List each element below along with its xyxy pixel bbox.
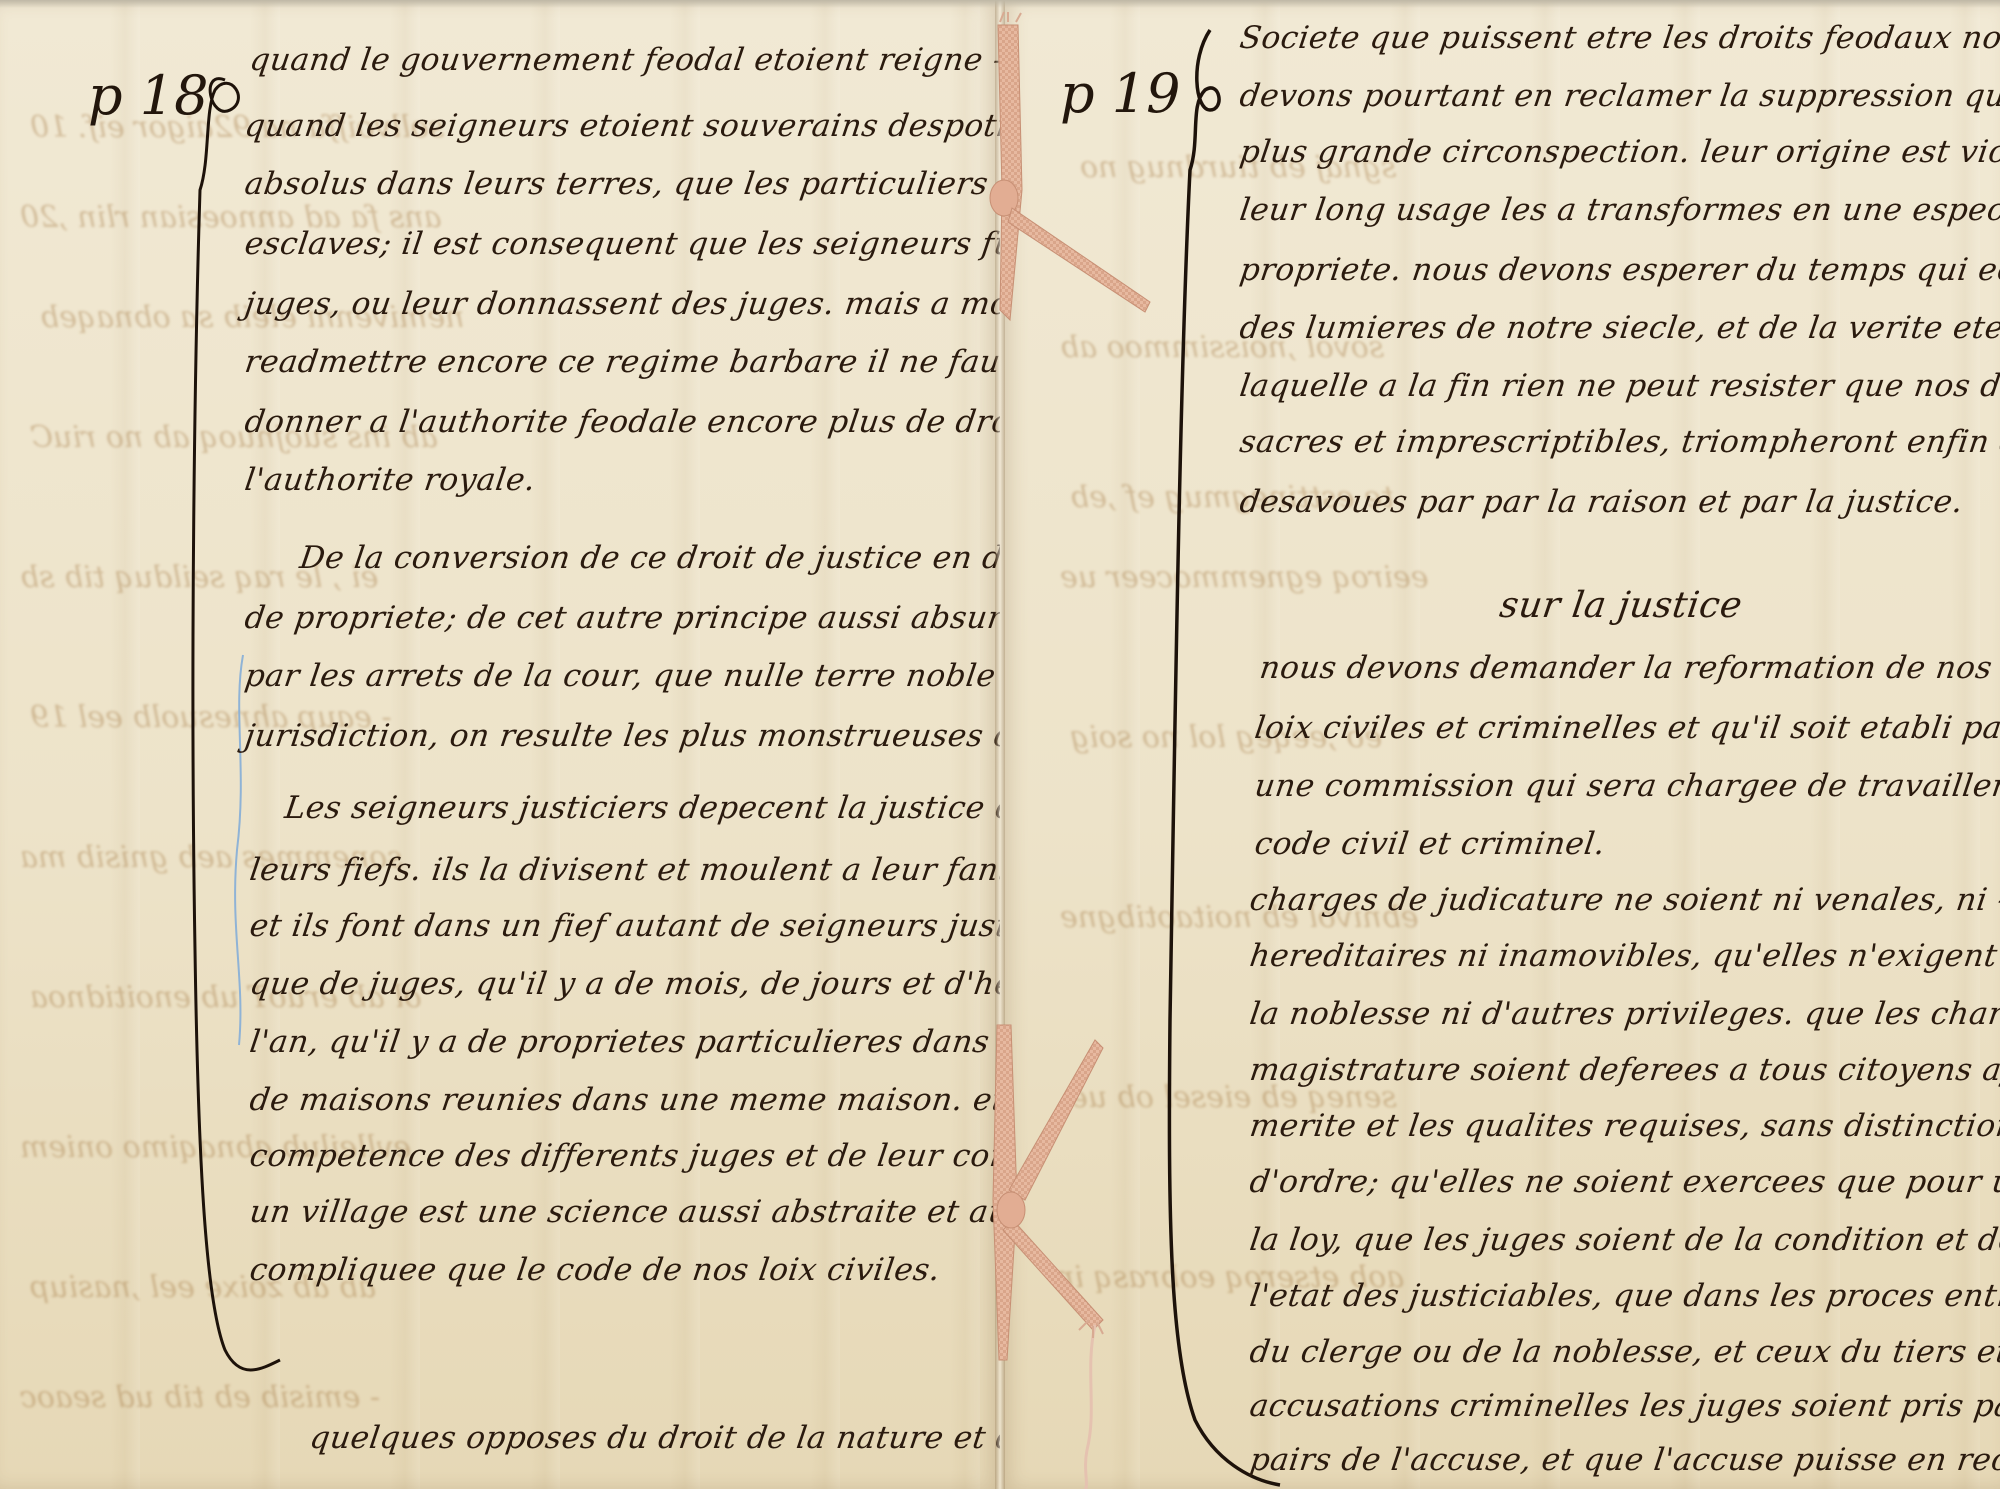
manuscript-line: code civil et criminel.	[1252, 826, 1607, 862]
left-page: sollvoiffa na 92aigor eif. 10 ans fa ad …	[0, 0, 1000, 1489]
manuscript-line: d'ordre; qu'elles ne soient exercees que…	[1247, 1164, 2000, 1200]
manuscript-line: par les arrets de la cour, que nulle ter…	[242, 658, 1122, 694]
manuscript-line: sacres et imprescriptibles, triompheront…	[1237, 424, 2000, 460]
manuscript-line: desavoues par par la raison et par la ju…	[1237, 484, 1965, 520]
manuscript-line: hereditaires ni inamovibles, qu'elles n'…	[1247, 938, 2000, 974]
ribbon-tie-icon	[985, 1020, 1125, 1489]
manuscript-line: la loy, que les juges soient de la condi…	[1247, 1222, 2000, 1258]
manuscript-line: leurs fiefs. ils la divisent et moulent …	[247, 852, 1099, 888]
manuscript-line: charges de judicature ne soient ni venal…	[1247, 882, 2000, 918]
manuscript-line: l'etat des justiciables, que dans les pr…	[1247, 1278, 2000, 1314]
margin-line-icon	[1150, 20, 1290, 1489]
manuscript-line: devons pourtant en reclamer la suppressi…	[1237, 78, 2000, 114]
manuscript-line: l'authorite royale.	[242, 462, 538, 498]
manuscript-line: du clerge ou de la noblesse, et ceux du …	[1247, 1334, 2000, 1370]
manuscript-line: De la conversion de ce droit de justice …	[297, 540, 1105, 576]
manuscript-line: de maisons reunies dans une meme maison.…	[247, 1082, 1047, 1118]
manuscript-line: leur long usage les a transformes en une…	[1237, 192, 2000, 228]
manuscript-line: pairs de l'accuse, et que l'accuse puiss…	[1247, 1442, 2000, 1478]
manuscript-line: quelques opposes du droit de la nature e…	[307, 1420, 1077, 1456]
manuscript-line: une commission qui sera chargee de trava…	[1252, 768, 2000, 804]
manuscript-line: nous devons demander la reformation de n…	[1257, 650, 2000, 686]
manuscript-line: plus grande circonspection. leur origine…	[1237, 134, 2000, 170]
manuscript-line: donner a l'authorite feodale encore plus…	[242, 404, 1115, 440]
manuscript-line: merite et les qualites requises, sans di…	[1247, 1108, 2000, 1144]
manuscript-line: propriete. nous devons esperer du temps …	[1237, 252, 2000, 288]
manuscript-line: Societe que puissent etre les droits feo…	[1237, 20, 2000, 56]
page-top-edge	[0, 0, 2000, 8]
manuscript-line: compliquee que le code de nos loix civil…	[247, 1252, 942, 1288]
manuscript-line: quand le gouvernement feodal etoient rei…	[247, 42, 1027, 78]
manuscript-line: loix civiles et criminelles et qu'il soi…	[1252, 710, 2000, 746]
ribbon-tie-icon	[960, 10, 1160, 350]
manuscript-spread: sollvoiffa na 92aigor eif. 10 ans fa ad …	[0, 0, 2000, 1489]
manuscript-line: la noblesse ni d'autres privileges. que …	[1247, 996, 2000, 1032]
manuscript-line: accusations criminelles les juges soient…	[1247, 1388, 2000, 1424]
section-heading: sur la justice	[1497, 585, 1745, 626]
manuscript-line: un village est une science aussi abstrai…	[247, 1194, 1096, 1230]
manuscript-line: laquelle a la fin rien ne peut resister …	[1237, 368, 2000, 404]
manuscript-line: magistrature soient deferees a tous cito…	[1247, 1052, 2000, 1088]
manuscript-line: des lumieres de notre siecle, et de la v…	[1237, 310, 2000, 346]
